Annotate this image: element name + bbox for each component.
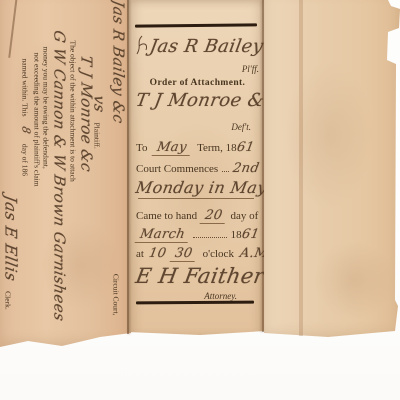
endorsement-line: G W Cannon & W Brown Garnishees [51,1,69,346]
commences-value-2: Monday in May [134,178,268,197]
attachment-form: Jas R Bailey &c Pl'ff. Order of Attachme… [128,0,265,338]
day-of-label: day of [230,210,258,222]
came-label: Came to hand [136,210,197,222]
hand-month-value: March [135,227,191,243]
commences-row-2: Monday in May [136,178,259,197]
minute-value: 30 [170,246,198,262]
dotted-blank [222,161,229,172]
endorsement-line: not exceeding the amount of plaintiff's … [33,1,42,346]
printed-notice-text: day of 186 [21,144,30,176]
oclock-label: o'clock [203,248,234,260]
handwritten-day: 8 [20,125,33,135]
term-row: To May Term, 18 61 [136,140,259,156]
paper-stain [314,240,394,320]
defendant-label: Def't. [231,122,251,132]
printed-notice-text: not exceeding the amount of plaintiff's … [33,53,42,187]
attorney-signature-row: E H Faither [136,264,259,288]
blank-line [138,198,254,199]
came-day-value: 20 [200,208,228,224]
paper-stain [284,60,374,210]
defendant-label-row: Def't. [136,122,259,132]
plaintiff-label-row: Pl'ff. [136,64,259,74]
endorsement-line: money you may be owing the defendant, [42,1,51,346]
endorsement-line: named within. This 8 day of 186 [21,1,33,346]
handwritten-case-plaintiff: Jas R Bailey &c [110,0,128,125]
printed-notice-text: money you may be owing the defendant, [42,47,51,169]
dotted-blank [193,227,227,238]
clerk-signature: Jas E Ellis [2,194,21,283]
form-title-row: Order of Attachment. [136,78,259,88]
hand-year-value: 61 [240,227,260,242]
handwritten-garnishees: G W Cannon & W Brown Garnishees [51,29,69,323]
term-printed: Term, 18 [197,142,237,154]
commences-label: Court Commences [136,163,218,175]
scanned-document: Jas R Bailey &c Circuit Court, vs Plaint… [0,0,400,400]
attorney-signature: E H Faither [134,264,266,288]
printed-court-label: Circuit Court, [112,274,121,316]
printed-clerk-label: Clerk. [4,291,13,310]
term-month-value: May [152,140,192,156]
endorsement-line: T J Monroe &c [78,1,97,346]
endorsement-line: Jas R Bailey &c Circuit Court, [109,1,128,346]
endorsement-line: Jas E Ellis Clerk. [2,1,21,346]
defendant-name: T J Monroe &c [134,90,276,111]
attorney-label: Attorney. [204,291,237,301]
right-fold-panel: Executed on ~ G W Cannon Lev & and W Bro… [264,0,400,342]
came-to-hand-row: Came to hand 20 day of [136,208,259,224]
plaintiff-row: Jas R Bailey &c [136,36,259,57]
endorsement-line: vs Plaintiff. [96,1,109,346]
printed-notice-text: named within. This [21,59,30,117]
hour-value: 10 [148,246,168,261]
commences-value: 2nd [232,161,261,176]
endorsement-line: The object of the within attachment is t… [69,1,78,346]
defendant-row: T J Monroe &c [136,90,259,111]
month-row: March 18 61 [136,227,259,243]
commences-row: Court Commences 2nd [136,161,259,176]
plaintiff-label: Pl'ff. [242,64,259,74]
printed-notice-text: The object of the within attachment is t… [69,41,78,182]
form-title: Order of Attachment. [150,78,246,88]
clock-row: at 10 30 o'clock A.M. [136,246,259,262]
attachment-form-panel: Jas R Bailey &c Pl'ff. Order of Attachme… [128,0,265,338]
attorney-label-row: Attorney. [136,291,259,301]
heavy-rule-top [135,23,257,27]
left-endorsement: Jas R Bailey &c Circuit Court, vs Plaint… [2,1,128,346]
handwritten-case-defendant: T J Monroe &c [78,54,96,174]
term-year-value: 61 [235,140,255,155]
left-fold-panel: Jas R Bailey &c Circuit Court, vs Plaint… [0,0,131,350]
heavy-rule-bottom [136,301,254,305]
to-label: To [136,142,147,154]
at-label: at [136,248,144,260]
